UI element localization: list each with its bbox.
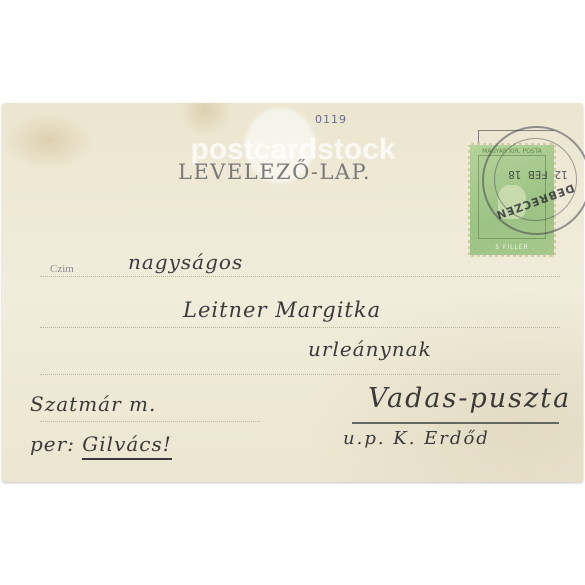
destination-underline <box>352 422 559 424</box>
address-line-rule-4 <box>40 421 260 422</box>
recipient-name: Leitner Margitka <box>183 298 381 322</box>
address-line-rule-2 <box>40 327 560 328</box>
recipient-title: urleánynak <box>308 337 432 361</box>
address-line-rule-3 <box>40 374 560 375</box>
reference-number: 0119 <box>315 113 347 126</box>
address-label: Czim <box>50 263 74 275</box>
stamp-value: 5 FILLÉR <box>470 244 554 251</box>
post-office: u.p. K. Erdőd <box>343 428 490 449</box>
county-line: Szatmár m. <box>30 392 156 416</box>
via-line: per: Gilvács! <box>30 432 172 456</box>
address-line-rule-1 <box>40 276 560 277</box>
destination-place: Vadas-puszta <box>368 383 571 414</box>
address-honorific: nagyságos <box>128 250 243 274</box>
postcard-title: LEVELEZŐ-LAP. <box>178 160 371 184</box>
postmark-date: 12 FEB 18 <box>488 168 585 181</box>
via-prefix: per: <box>30 432 82 456</box>
via-place: Gilvács! <box>82 432 172 460</box>
